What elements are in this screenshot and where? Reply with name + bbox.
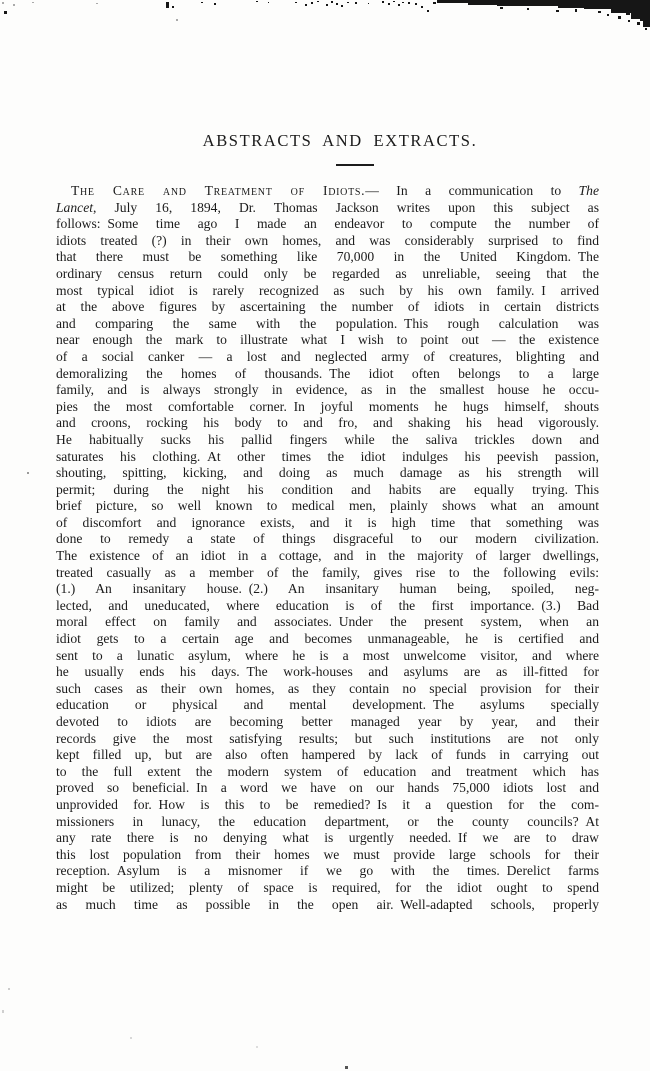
plain-text: most typical idiot is rarely recognized … (56, 283, 599, 298)
plain-text: at the above figures by ascertaining the… (56, 299, 599, 314)
text-line: missioners in lunacy, the education depa… (56, 814, 599, 831)
plain-text: that there must be something like 70,000… (56, 249, 599, 264)
text-line: unprovided for. How is this to be remedi… (56, 797, 599, 814)
text-line: The existence of an idiot in a cottage, … (56, 548, 599, 565)
text-line: and croons, rocking his body to and fro,… (56, 415, 599, 432)
text-line: Lancet, July 16, 1894, Dr. Thomas Jackso… (56, 200, 599, 217)
text-line: idiots treated (?) in their own homes, a… (56, 233, 599, 250)
text-line: treated casually as a member of the fami… (56, 565, 599, 582)
text-line: any rate there is no denying what is urg… (56, 830, 599, 847)
text-line: He habitually sucks his pallid fingers w… (56, 432, 599, 449)
plain-text: shouting, spitting, kicking, and doing a… (56, 465, 599, 480)
plain-text: any rate there is no denying what is urg… (56, 830, 599, 845)
text-line: and comparing the same with the populati… (56, 316, 599, 333)
plain-text: devoted to idiots are becoming better ma… (56, 714, 599, 729)
text-line: demoralizing the homes of thousands. The… (56, 366, 599, 383)
text-line: pies the most comfortable corner. In joy… (56, 399, 599, 416)
scanned-journal-page: ABSTRACTS AND EXTRACTS. The Care and Tre… (0, 0, 650, 1071)
plain-text: missioners in lunacy, the education depa… (56, 814, 599, 829)
text-line: he usually ends his days. The work-house… (56, 664, 599, 681)
plain-text: proved so beneficial. In a word we have … (56, 780, 599, 795)
text-line: saturates his clothing. At other times t… (56, 449, 599, 466)
plain-text: (1.) An insanitary house. (2.) An insani… (56, 581, 599, 596)
plain-text: and comparing the same with the populati… (56, 316, 599, 331)
text-line: records give the most satisfying results… (56, 731, 599, 748)
text-line: might be utilized; plenty of space is re… (56, 880, 599, 897)
text-line: as much time as possible in the open air… (56, 897, 599, 914)
text-line: reception. Asylum is a misnomer if we go… (56, 863, 599, 880)
text-line: shouting, spitting, kicking, and doing a… (56, 465, 599, 482)
text-line: done to remedy a state of things disgrac… (56, 531, 599, 548)
plain-text: such cases as their own homes, as they c… (56, 681, 599, 696)
plain-text: might be utilized; plenty of space is re… (56, 880, 599, 895)
plain-text: moral effect on family and associates. U… (56, 614, 599, 629)
text-line: kept filled up, but are also often hampe… (56, 747, 599, 764)
plain-text: lected, and uneducated, where education … (56, 598, 599, 613)
article-heading-smallcaps: The Care and Treatment of Idiots. (71, 183, 365, 198)
text-line: The Care and Treatment of Idiots.— In a … (56, 183, 599, 200)
italic-text: The (579, 183, 599, 198)
text-line: sent to a lunatic asylum, where he is a … (56, 648, 599, 665)
text-line: family, and is always strongly in eviden… (56, 382, 599, 399)
text-line: near enough the mark to illustrate what … (56, 332, 599, 349)
plain-text: near enough the mark to illustrate what … (56, 332, 599, 347)
text-line: devoted to idiots are becoming better ma… (56, 714, 599, 731)
plain-text: kept filled up, but are also often hampe… (56, 747, 599, 762)
plain-text: records give the most satisfying results… (56, 731, 599, 746)
scan-noise-top (0, 0, 650, 34)
plain-text: saturates his clothing. At other times t… (56, 449, 599, 464)
plain-text: idiot gets to a certain age and becomes … (56, 631, 599, 646)
plain-text: pies the most comfortable corner. In joy… (56, 399, 599, 414)
text-line: most typical idiot is rarely recognized … (56, 283, 599, 300)
text-line: permit; during the night his condition a… (56, 482, 599, 499)
plain-text: done to remedy a state of things disgrac… (56, 531, 599, 546)
text-line: (1.) An insanitary house. (2.) An insani… (56, 581, 599, 598)
title-divider-rule (336, 164, 374, 166)
text-line: follows: Some time ago I made an endeavo… (56, 216, 599, 233)
plain-text: to the full extent the modern system of … (56, 764, 599, 779)
text-line: of a social canker — a lost and neglecte… (56, 349, 599, 366)
text-line: proved so beneficial. In a word we have … (56, 780, 599, 797)
plain-text: ordinary census return could only be reg… (56, 266, 599, 281)
text-line: such cases as their own homes, as they c… (56, 681, 599, 698)
plain-text: — In a communication to (365, 183, 578, 198)
text-line: that there must be something like 70,000… (56, 249, 599, 266)
plain-text: , July 16, 1894, Dr. Thomas Jackson writ… (93, 200, 599, 215)
article-body: The Care and Treatment of Idiots.— In a … (56, 183, 599, 913)
text-line: to the full extent the modern system of … (56, 764, 599, 781)
plain-text: The existence of an idiot in a cottage, … (56, 548, 599, 563)
plain-text: of discomfort and ignorance exists, and … (56, 515, 599, 530)
text-line: idiot gets to a certain age and becomes … (56, 631, 599, 648)
plain-text: of a social canker — a lost and neglecte… (56, 349, 599, 364)
plain-text: and croons, rocking his body to and fro,… (56, 415, 599, 430)
plain-text: sent to a lunatic asylum, where he is a … (56, 648, 599, 663)
plain-text: as much time as possible in the open air… (56, 897, 599, 912)
plain-text: unprovided for. How is this to be remedi… (56, 797, 599, 812)
plain-text: treated casually as a member of the fami… (56, 565, 599, 580)
plain-text: demoralizing the homes of thousands. The… (56, 366, 599, 381)
text-line: of discomfort and ignorance exists, and … (56, 515, 599, 532)
text-line: moral effect on family and associates. U… (56, 614, 599, 631)
plain-text: follows: Some time ago I made an endeavo… (56, 216, 599, 231)
text-line: education or physical and mental develop… (56, 697, 599, 714)
italic-text: Lancet (56, 200, 93, 215)
plain-text: reception. Asylum is a misnomer if we go… (56, 863, 599, 878)
plain-text: family, and is always strongly in eviden… (56, 382, 599, 397)
plain-text: he usually ends his days. The work-house… (56, 664, 599, 679)
plain-text: education or physical and mental develop… (56, 697, 599, 712)
plain-text: brief picture, so well known to medical … (56, 498, 599, 513)
text-line: brief picture, so well known to medical … (56, 498, 599, 515)
text-line: this lost population from their homes we… (56, 847, 599, 864)
page-title: ABSTRACTS AND EXTRACTS. (30, 131, 650, 151)
text-line: at the above figures by ascertaining the… (56, 299, 599, 316)
text-line: lected, and uneducated, where education … (56, 598, 599, 615)
plain-text: idiots treated (?) in their own homes, a… (56, 233, 599, 248)
plain-text: permit; during the night his condition a… (56, 482, 599, 497)
text-line: ordinary census return could only be reg… (56, 266, 599, 283)
plain-text: this lost population from their homes we… (56, 847, 599, 862)
plain-text: He habitually sucks his pallid fingers w… (56, 432, 599, 447)
